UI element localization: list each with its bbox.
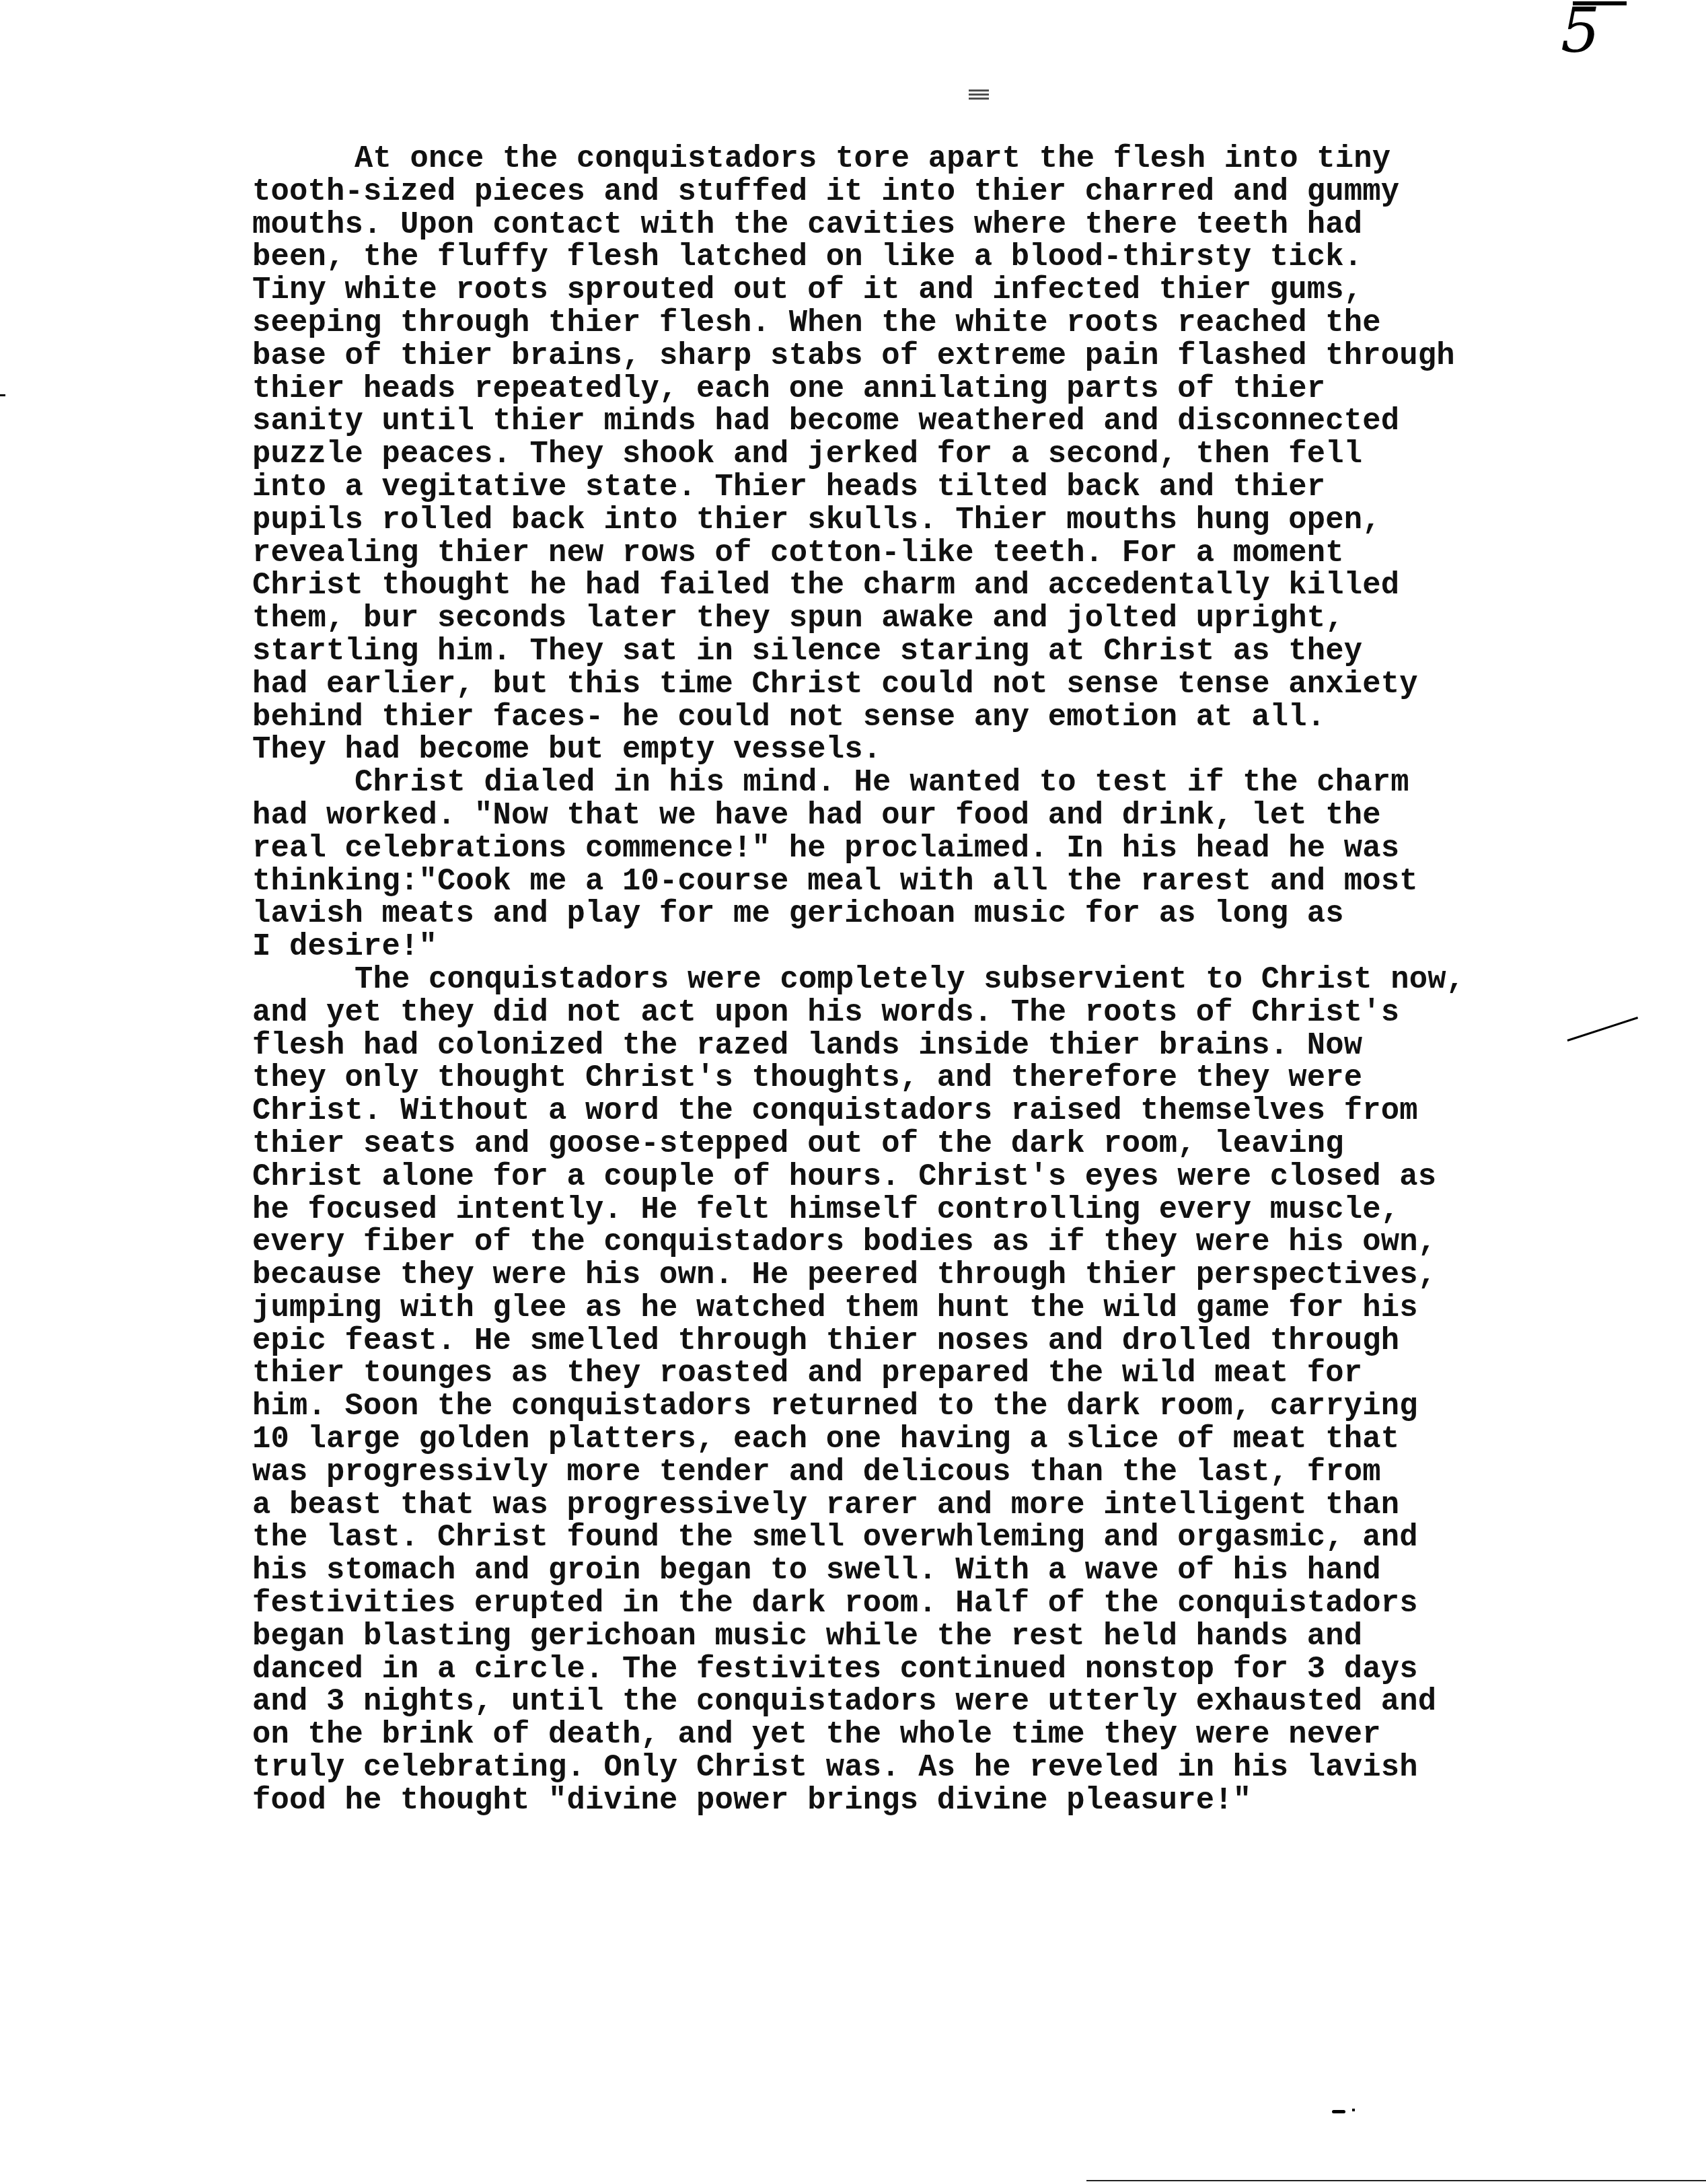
page-edge-line (1086, 2180, 1706, 2181)
text-line: he focused intently. He felt himself con… (252, 1194, 1598, 1227)
text-line: behind thier faces- he could not sense a… (252, 701, 1598, 734)
paragraph-1: At once the conquistadors tore apart the… (252, 143, 1598, 766)
text-line: mouths. Upon contact with the cavities w… (252, 209, 1598, 242)
text-line: The conquistadors were completely subser… (252, 963, 1598, 996)
ink-dot (1352, 2109, 1355, 2111)
text-line: tooth-sized pieces and stuffed it into t… (252, 176, 1598, 209)
text-line: on the brink of death, and yet the whole… (252, 1718, 1598, 1751)
text-line: festivities erupted in the dark room. Ha… (252, 1587, 1598, 1620)
text-line: the last. Christ found the smell overwhl… (252, 1521, 1598, 1554)
text-line: base of thier brains, sharp stabs of ext… (252, 340, 1598, 373)
text-line: had earlier, but this time Christ could … (252, 668, 1598, 701)
text-line: thier seats and goose-stepped out of the… (252, 1128, 1598, 1161)
margin-mark (0, 394, 5, 396)
text-line: jumping with glee as he watched them hun… (252, 1292, 1598, 1325)
paragraph-3: The conquistadors were completely subser… (252, 963, 1598, 1817)
text-line: revealing thier new rows of cotton-like … (252, 537, 1598, 570)
text-line: flesh had colonized the razed lands insi… (252, 1029, 1598, 1062)
text-line: been, the fluffy flesh latched on like a… (252, 241, 1598, 274)
text-line: truly celebrating. Only Christ was. As h… (252, 1751, 1598, 1784)
text-line: was progressivly more tender and delicou… (252, 1456, 1598, 1489)
text-line: thier tounges as they roasted and prepar… (252, 1357, 1598, 1390)
ink-smudge (969, 87, 989, 100)
text-line: him. Soon the conquistadors returned to … (252, 1390, 1598, 1423)
ink-mark (1332, 2110, 1345, 2113)
text-line: they only thought Christ's thoughts, and… (252, 1062, 1598, 1095)
body-text: At once the conquistadors tore apart the… (252, 143, 1598, 1817)
text-line: Christ alone for a couple of hours. Chri… (252, 1161, 1598, 1194)
paragraph-2: Christ dialed in his mind. He wanted to … (252, 766, 1598, 963)
text-line: began blasting gerichoan music while the… (252, 1620, 1598, 1653)
text-line: and 3 nights, until the conquistadors we… (252, 1685, 1598, 1718)
text-line: Christ. Without a word the conquistadors… (252, 1095, 1598, 1128)
text-line: They had become but empty vessels. (252, 733, 1598, 766)
text-line: startling him. They sat in silence stari… (252, 635, 1598, 668)
typewritten-page: 5 At once the conquistadors tore apart t… (0, 0, 1706, 2184)
text-line: Tiny white roots sprouted out of it and … (252, 274, 1598, 307)
text-line: his stomach and groin began to swell. Wi… (252, 1554, 1598, 1587)
text-line: real celebrations commence!" he proclaim… (252, 832, 1598, 865)
text-line: I desire!" (252, 931, 1598, 963)
text-line: every fiber of the conquistadors bodies … (252, 1226, 1598, 1259)
text-line: food he thought "divine power brings div… (252, 1784, 1598, 1817)
text-line: At once the conquistadors tore apart the… (252, 143, 1598, 176)
text-line: Christ dialed in his mind. He wanted to … (252, 766, 1598, 799)
text-line: seeping through thier flesh. When the wh… (252, 307, 1598, 340)
text-line: a beast that was progressively rarer and… (252, 1489, 1598, 1522)
text-line: 10 large golden platters, each one havin… (252, 1423, 1598, 1456)
text-line: epic feast. He smelled through thier nos… (252, 1325, 1598, 1358)
text-line: sanity until thier minds had become weat… (252, 405, 1598, 438)
text-line: thier heads repeatedly, each one annilat… (252, 373, 1598, 406)
handwritten-page-number: 5 (1561, 0, 1600, 62)
text-line: because they were his own. He peered thr… (252, 1259, 1598, 1292)
text-line: pupils rolled back into thier skulls. Th… (252, 504, 1598, 537)
text-line: danced in a circle. The festivites conti… (252, 1653, 1598, 1686)
text-line: lavish meats and play for me gerichoan m… (252, 898, 1598, 931)
text-line: thinking:"Cook me a 10-course meal with … (252, 865, 1598, 898)
text-line: puzzle peaces. They shook and jerked for… (252, 438, 1598, 471)
text-line: them, bur seconds later they spun awake … (252, 602, 1598, 635)
text-line: into a vegitative state. Thier heads til… (252, 471, 1598, 504)
text-line: had worked. "Now that we have had our fo… (252, 799, 1598, 832)
text-line: and yet they did not act upon his words.… (252, 996, 1598, 1029)
text-line: Christ thought he had failed the charm a… (252, 569, 1598, 602)
